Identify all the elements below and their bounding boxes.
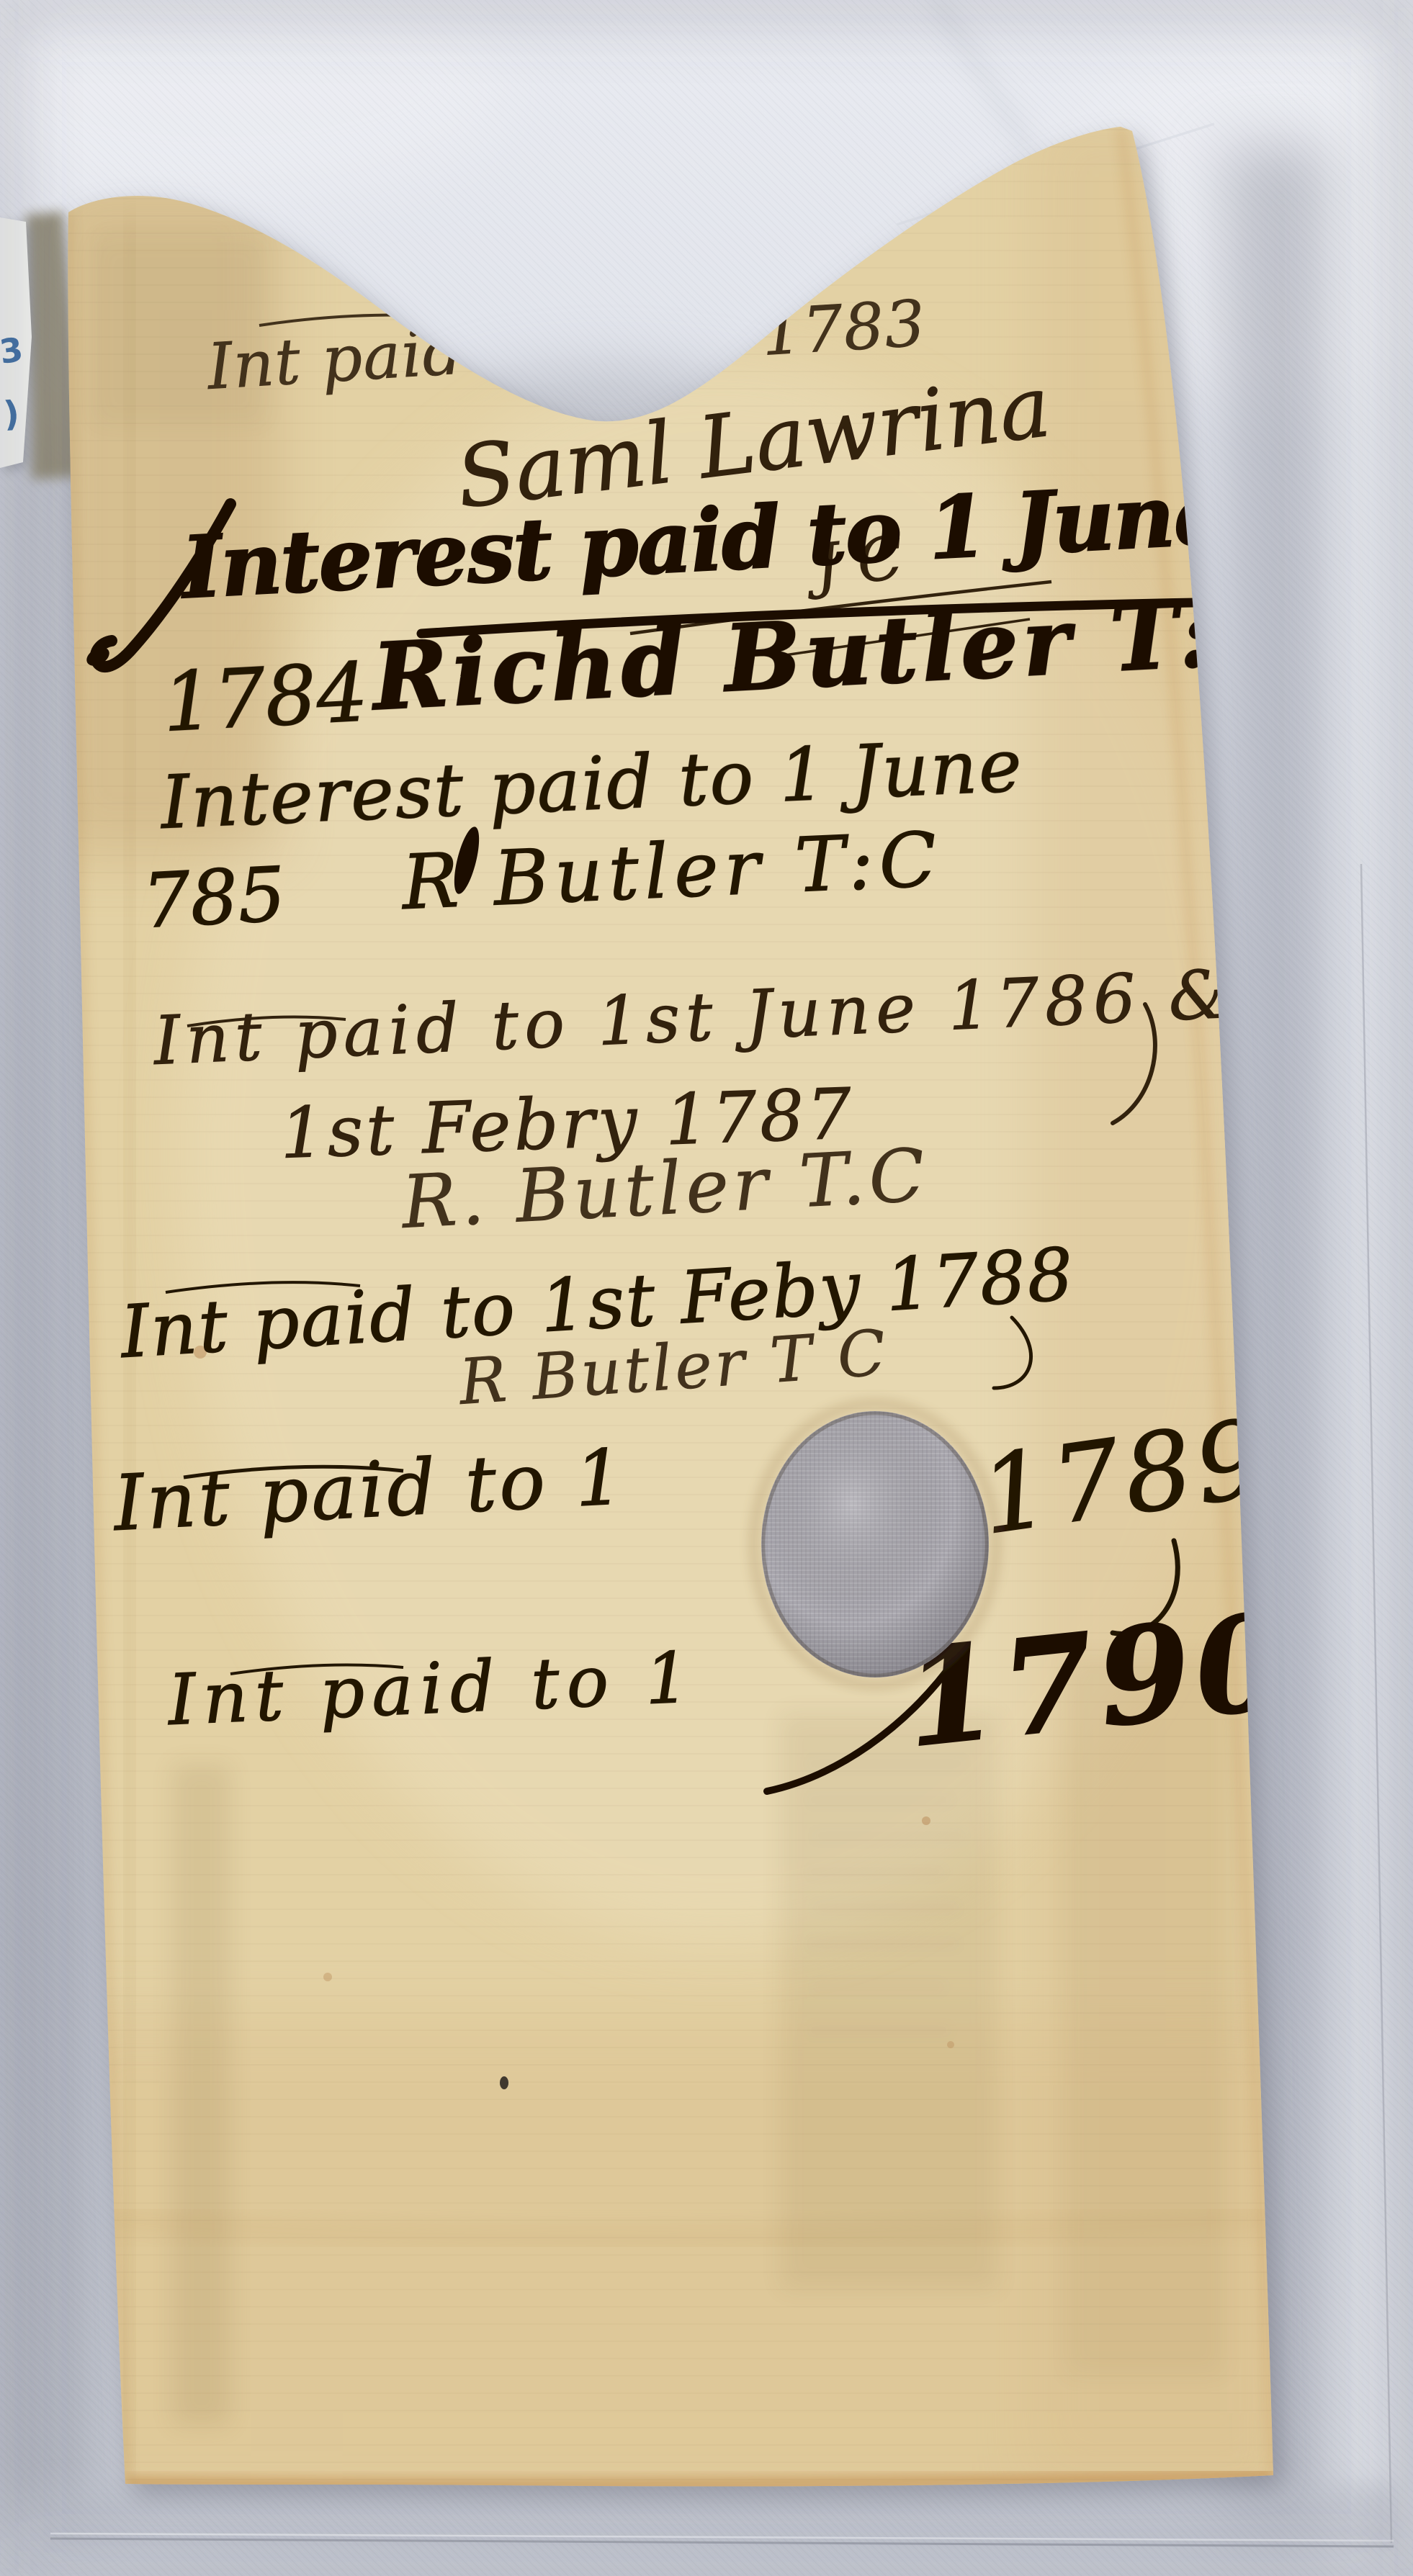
show-through-band-left xyxy=(173,1764,230,2426)
show-through-band-right xyxy=(1066,1656,1224,2376)
foxing-spot xyxy=(947,2041,954,2048)
ink-speck xyxy=(500,2076,508,2089)
punched-hole xyxy=(754,1404,996,1685)
foxing-spot xyxy=(323,1973,332,1981)
manuscript-photo-canvas: 3 ) xyxy=(0,0,1413,2576)
photo-of-manuscript: 3 ) xyxy=(0,0,1413,2576)
line-year-1784: 1784 xyxy=(161,646,370,750)
line-year-785: 785 xyxy=(140,850,288,945)
foxing-spot xyxy=(922,1816,930,1825)
